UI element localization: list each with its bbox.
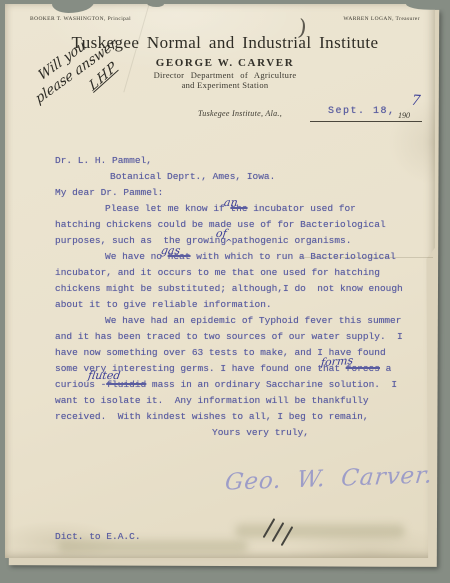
typed-text: incubator used for [248, 203, 356, 214]
letter-line: received. With kindest wishes to all, I … [55, 409, 427, 425]
typed-text: Dr. L. H. Pammel, [55, 155, 152, 166]
handwritten-correction-an: an [223, 196, 238, 209]
letter-line: hatching chickens could be made use of f… [55, 217, 427, 233]
dateline-place: Tuskegee Institute, Ala., [198, 109, 282, 118]
typed-text: chickens might be substituted; although,… [55, 283, 403, 294]
dateline-handwritten-year: 7 [411, 92, 420, 111]
handwritten-correction-forms: forms [320, 354, 353, 369]
dictation-note: Dict. to E.A.C. [55, 531, 141, 542]
letter-line: have now something over 63 tests to make… [55, 345, 427, 361]
letter-line: purposes, such as the growing pathogenic… [55, 233, 427, 249]
dateline-rule [310, 121, 422, 122]
letter-scan: BOOKER T. WASHINGTON, Principal WARREN L… [0, 0, 450, 583]
letter-line: chickens might be substituted; although,… [55, 281, 427, 297]
valediction: Yours very truly, [212, 427, 309, 438]
typed-text: We have had an epidemic of Typhoid fever… [105, 315, 401, 326]
handwritten-correction-fluted: fluted [87, 369, 121, 382]
typed-text: My dear Dr. Pammel: [55, 187, 163, 198]
tally-slash [281, 526, 293, 546]
letter-line: Please let me know if the incubator used… [55, 201, 427, 217]
letter-line: and it has been traced to two sources of… [55, 329, 427, 345]
typed-text: about it to give reliable information. [55, 299, 272, 310]
dateline-printed-year: 190 [398, 111, 410, 120]
letter-line: We have had an epidemic of Typhoid fever… [55, 313, 427, 329]
tally-marks [266, 517, 306, 551]
typed-text: with which to run a Bacteriological [191, 251, 396, 262]
dateline-typed-date: Sept. 18, [328, 106, 396, 117]
letter-line: want to isolate it. Any information will… [55, 393, 427, 409]
typed-text: and it has been traced to two sources of… [55, 331, 403, 342]
insertion-caret: ^ [225, 239, 233, 249]
typed-text: purposes, such as the growing pathogenic… [55, 235, 351, 246]
letter-line: about it to give reliable information. [55, 297, 427, 313]
typed-text: Please let me know if [105, 203, 230, 214]
typed-text: Botanical Deprt., Ames, Iowa. [110, 171, 275, 182]
typed-text: We have no [105, 251, 168, 262]
tally-slash [272, 522, 284, 542]
letterhead-treasurer: WARREN LOGAN, Treasurer [343, 16, 420, 22]
letter-line: Dr. L. H. Pammel, [55, 153, 427, 169]
letter-line: My dear Dr. Pammel: [55, 185, 427, 201]
letter-line: We have no heat with which to run a Bact… [55, 249, 427, 265]
letter-line: incubator, and it occurs to me that one … [55, 265, 427, 281]
typed-text: want to isolate it. Any information will… [55, 395, 369, 406]
typed-text: incubator, and it occurs to me that one … [55, 267, 380, 278]
handwritten-correction-gas: gas [160, 244, 181, 257]
typed-text: a [380, 363, 391, 374]
typed-text: received. With kindest wishes to all, I … [55, 411, 369, 422]
letter-body: Dr. L. H. Pammel,Botanical Deprt., Ames,… [55, 153, 427, 425]
typed-text: mass in an ordinary Saccharine solution.… [146, 379, 397, 390]
letter-line: Botanical Deprt., Ames, Iowa. [55, 169, 427, 185]
ink-bleed-through [235, 524, 405, 538]
